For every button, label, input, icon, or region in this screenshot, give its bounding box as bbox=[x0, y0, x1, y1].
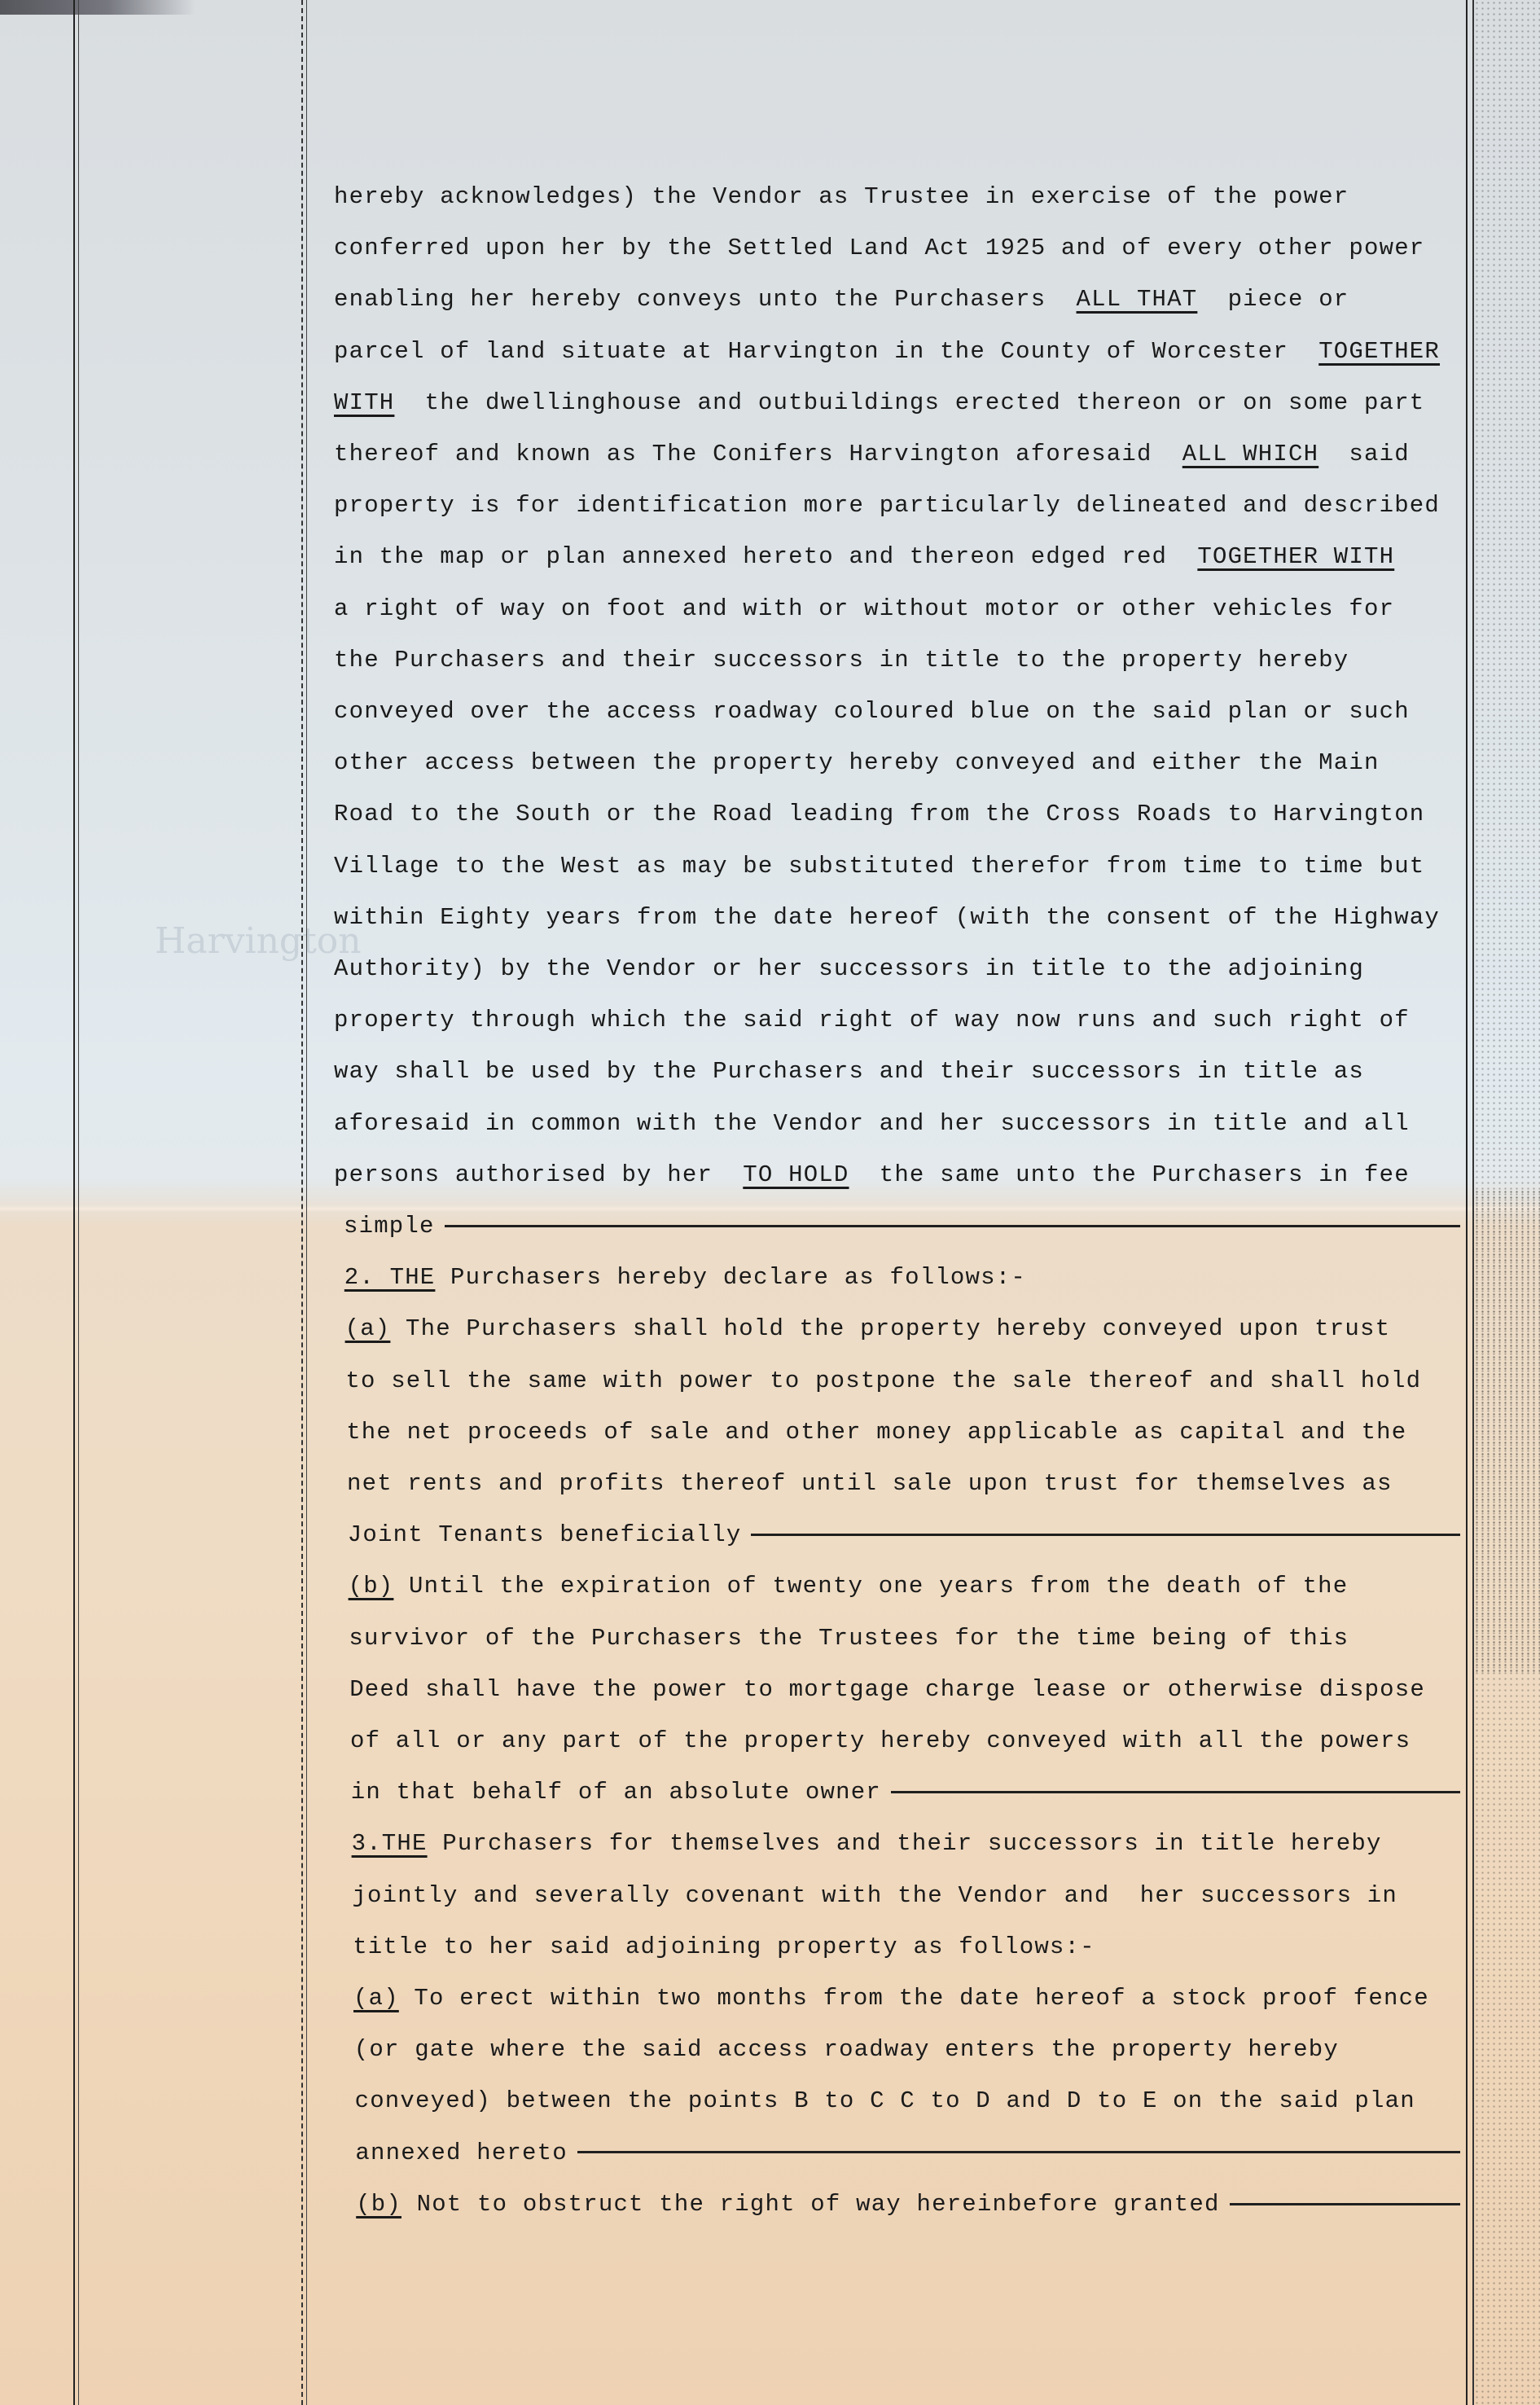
line-text: net rents and profits thereof until sale… bbox=[347, 1470, 1393, 1497]
line-text: enabling her hereby conveys unto the Pur… bbox=[334, 286, 1077, 313]
line-text: To erect within two months from the date… bbox=[399, 1985, 1429, 2012]
deed-text-line: (a) To erect within two months from the … bbox=[353, 1984, 1429, 2013]
line-text: parcel of land situate at Harvington in … bbox=[334, 338, 1318, 365]
line-text: simple bbox=[344, 1213, 435, 1240]
line-fill-rule bbox=[1230, 2203, 1460, 2205]
line-text: annexed hereto bbox=[355, 2139, 567, 2166]
underlined-term: TOGETHER bbox=[1318, 338, 1440, 365]
deed-text-line: 2. THE Purchasers hereby declare as foll… bbox=[344, 1263, 1026, 1292]
line-text: in that behalf of an absolute owner bbox=[351, 1779, 881, 1806]
deed-text-line: 3.THE Purchasers for themselves and thei… bbox=[352, 1829, 1382, 1859]
deed-text-line: aforesaid in common with the Vendor and … bbox=[334, 1109, 1410, 1139]
underlined-term: 2. THE bbox=[344, 1264, 436, 1291]
line-text: Deed shall have the power to mortgage ch… bbox=[349, 1676, 1425, 1703]
line-fill-rule bbox=[577, 2151, 1460, 2153]
deed-text-line: thereof and known as The Conifers Harvin… bbox=[334, 440, 1410, 469]
line-text: Until the expiration of twenty one years… bbox=[393, 1573, 1348, 1600]
deed-text-line: net rents and profits thereof until sale… bbox=[347, 1469, 1393, 1499]
deed-text-line: Joint Tenants beneficially bbox=[348, 1521, 1460, 1550]
line-text: jointly and severally covenant with the … bbox=[352, 1882, 1397, 1909]
deed-text-line: (a) The Purchasers shall hold the proper… bbox=[345, 1314, 1391, 1344]
deed-text-line: property through which the said right of… bbox=[334, 1006, 1410, 1035]
deed-text-line: jointly and severally covenant with the … bbox=[352, 1881, 1397, 1911]
line-text: property is for identification more part… bbox=[334, 492, 1440, 519]
deed-text-line: (or gate where the said access roadway e… bbox=[354, 2035, 1339, 2065]
deed-text-line: Village to the West as may be substitute… bbox=[334, 852, 1424, 881]
deed-text-line: conveyed) between the points B to C C to… bbox=[355, 2087, 1415, 2116]
line-text: said bbox=[1318, 441, 1410, 467]
deed-text-line: enabling her hereby conveys unto the Pur… bbox=[334, 285, 1349, 314]
line-text: within Eighty years from the date hereof… bbox=[334, 904, 1440, 931]
deed-text-line: simple bbox=[344, 1212, 1460, 1241]
deed-text-line: property is for identification more part… bbox=[334, 491, 1440, 520]
line-text: Purchasers for themselves and their succ… bbox=[428, 1830, 1382, 1857]
line-fill-rule bbox=[751, 1534, 1460, 1536]
line-text: conferred upon her by the Settled Land A… bbox=[334, 235, 1424, 261]
deed-text-line: in that behalf of an absolute owner bbox=[351, 1778, 1460, 1807]
line-text: Purchasers hereby declare as follows:- bbox=[435, 1264, 1026, 1291]
line-text: Village to the West as may be substitute… bbox=[334, 853, 1424, 880]
line-text: other access between the property hereby… bbox=[334, 749, 1380, 776]
line-text: Authority) by the Vendor or her successo… bbox=[334, 955, 1364, 982]
right-margin-rule bbox=[1466, 0, 1474, 2405]
line-text: Road to the South or the Road leading fr… bbox=[334, 801, 1424, 827]
deed-text-line: hereby acknowledges) the Vendor as Trust… bbox=[334, 182, 1349, 212]
line-text: piece or bbox=[1197, 286, 1349, 313]
deed-text-line: the net proceeds of sale and other money… bbox=[346, 1418, 1406, 1447]
deed-text-line: parcel of land situate at Harvington in … bbox=[334, 337, 1440, 366]
line-text: to sell the same with power to postpone … bbox=[345, 1367, 1421, 1394]
scan-halftone-edge-dense bbox=[1474, 1189, 1540, 1672]
deed-text-line: the Purchasers and their successors in t… bbox=[334, 646, 1349, 675]
left-margin-rule bbox=[73, 0, 79, 2405]
deed-text-line: a right of way on foot and with or witho… bbox=[334, 595, 1394, 624]
underlined-term: (b) bbox=[356, 2191, 401, 2218]
deed-text-line: survivor of the Purchasers the Trustees … bbox=[349, 1624, 1349, 1653]
deed-text-line: within Eighty years from the date hereof… bbox=[334, 903, 1440, 933]
underlined-term: ALL WHICH bbox=[1182, 441, 1318, 467]
line-text: The Purchasers shall hold the property h… bbox=[390, 1315, 1390, 1342]
line-text: Not to obstruct the right of way hereinb… bbox=[401, 2191, 1220, 2218]
deed-text-line: (b) Not to obstruct the right of way her… bbox=[356, 2190, 1460, 2219]
line-text: of all or any part of the property hereb… bbox=[350, 1727, 1411, 1754]
deed-text-line: other access between the property hereby… bbox=[334, 748, 1380, 778]
line-text: way shall be used by the Purchasers and … bbox=[334, 1058, 1364, 1085]
line-text: persons authorised by her bbox=[334, 1161, 743, 1188]
paper-fold bbox=[0, 1205, 1540, 1212]
scan-edge-shadow bbox=[0, 0, 195, 15]
line-fill-rule bbox=[891, 1791, 1460, 1793]
deed-text-line: conferred upon her by the Settled Land A… bbox=[334, 234, 1424, 263]
line-text: thereof and known as The Conifers Harvin… bbox=[334, 441, 1182, 467]
deed-text-line: Authority) by the Vendor or her successo… bbox=[334, 955, 1364, 984]
line-text: the Purchasers and their successors in t… bbox=[334, 647, 1349, 674]
line-text: aforesaid in common with the Vendor and … bbox=[334, 1110, 1410, 1137]
deed-text-line: WITH the dwellinghouse and outbuildings … bbox=[334, 388, 1424, 418]
underlined-term: (b) bbox=[349, 1573, 394, 1600]
deed-text-line: persons authorised by her TO HOLD the sa… bbox=[334, 1161, 1410, 1190]
line-text: survivor of the Purchasers the Trustees … bbox=[349, 1625, 1349, 1652]
line-text: (or gate where the said access roadway e… bbox=[354, 2036, 1339, 2063]
deed-text-line: annexed hereto bbox=[355, 2139, 1460, 2168]
underlined-term: TO HOLD bbox=[743, 1161, 849, 1188]
line-text: the dwellinghouse and outbuildings erect… bbox=[394, 389, 1424, 416]
deed-text-line: Deed shall have the power to mortgage ch… bbox=[349, 1675, 1425, 1705]
deed-text-line: way shall be used by the Purchasers and … bbox=[334, 1057, 1364, 1086]
underlined-term: 3.THE bbox=[352, 1830, 428, 1857]
deed-text-line: Road to the South or the Road leading fr… bbox=[334, 800, 1424, 829]
line-text: title to her said adjoining property as … bbox=[353, 1933, 1095, 1960]
line-text: the net proceeds of sale and other money… bbox=[346, 1419, 1406, 1446]
deed-text-line: title to her said adjoining property as … bbox=[353, 1933, 1095, 1962]
ghost-map-label: Harvington bbox=[155, 920, 362, 962]
text-margin-rule bbox=[301, 0, 307, 2405]
line-text: conveyed) between the points B to C C to… bbox=[355, 2087, 1415, 2114]
line-text: hereby acknowledges) the Vendor as Trust… bbox=[334, 183, 1349, 210]
underlined-term: (a) bbox=[353, 1985, 399, 2012]
line-text: property through which the said right of… bbox=[334, 1007, 1410, 1034]
line-text: in the map or plan annexed hereto and th… bbox=[334, 543, 1197, 570]
line-fill-rule bbox=[445, 1225, 1460, 1227]
line-text: Joint Tenants beneficially bbox=[348, 1521, 742, 1548]
line-text: conveyed over the access roadway coloure… bbox=[334, 698, 1410, 725]
deed-text-line: of all or any part of the property hereb… bbox=[350, 1727, 1411, 1756]
underlined-term: TOGETHER WITH bbox=[1197, 543, 1394, 570]
underlined-term: WITH bbox=[334, 389, 394, 416]
line-text: a right of way on foot and with or witho… bbox=[334, 595, 1394, 622]
underlined-term: ALL THAT bbox=[1077, 286, 1198, 313]
deed-text-line: in the map or plan annexed hereto and th… bbox=[334, 542, 1394, 572]
line-text: the same unto the Purchasers in fee bbox=[849, 1161, 1410, 1188]
underlined-term: (a) bbox=[345, 1315, 391, 1342]
deed-text-line: to sell the same with power to postpone … bbox=[345, 1367, 1421, 1396]
deed-text-line: (b) Until the expiration of twenty one y… bbox=[349, 1572, 1349, 1601]
deed-text-line: conveyed over the access roadway coloure… bbox=[334, 697, 1410, 726]
